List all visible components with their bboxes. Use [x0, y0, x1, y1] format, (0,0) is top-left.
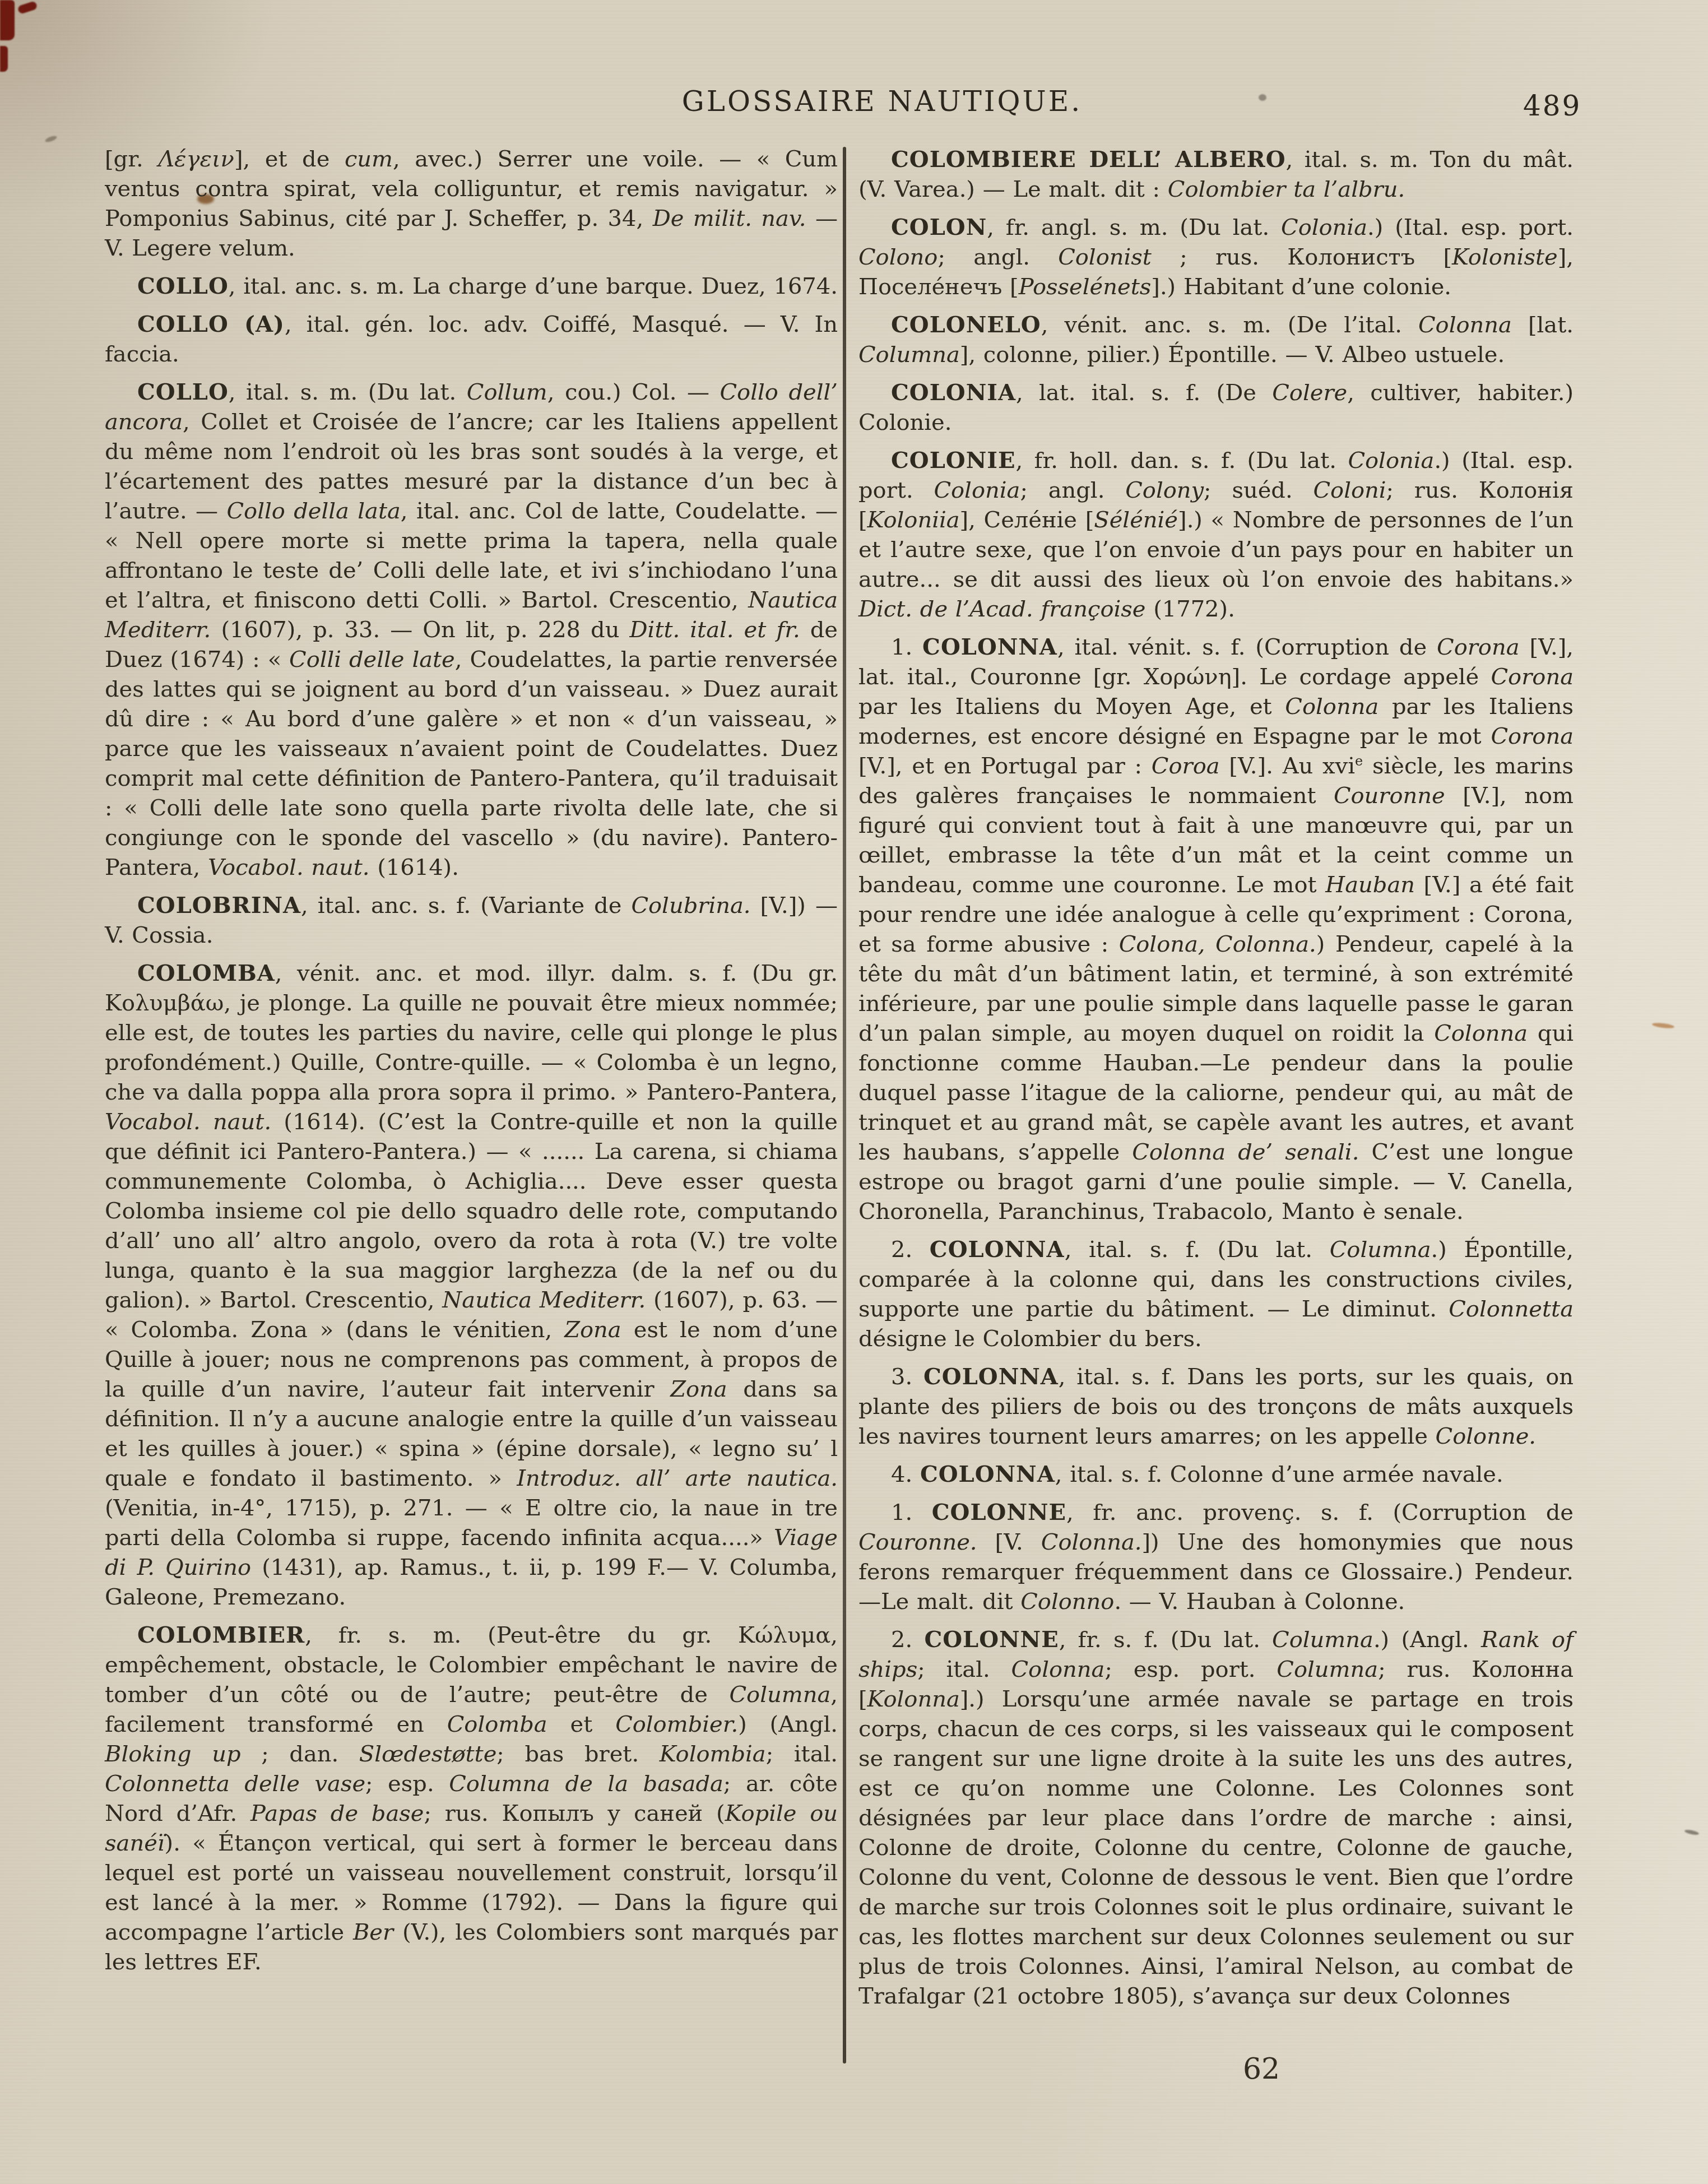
text-run: Colonne. [1436, 1423, 1536, 1449]
paper-speck [1684, 1829, 1700, 1835]
text-run: , vénit. anc. s. m. (De l’ital. [1041, 312, 1418, 338]
text-run: Kolombia [660, 1741, 766, 1767]
text-run: Colony [1125, 477, 1204, 503]
text-run: (1614). (C’est la Contre-quille et non l… [105, 1109, 838, 1313]
entry-headword: COLLO [137, 379, 229, 405]
book-edge-mark [0, 46, 8, 72]
left-text-column: [gr. Λέγειν], et de cum, avec.) Serrer u… [105, 145, 838, 1977]
text-run: ].) Lorsqu’une armée navale se partage e… [858, 1686, 1574, 2009]
text-run: , lat. ital. s. f. (De [1016, 380, 1272, 406]
text-run: Colonno [1020, 1589, 1114, 1615]
entry-colobrina: COLOBRINA, ital. anc. s. f. (Variante de… [105, 891, 838, 950]
entry-headword: COLLO (A) [137, 311, 285, 337]
entry-headword: COLOBRINA [137, 892, 301, 919]
text-run: , fr. holl. dan. s. f. (Du lat. [1015, 448, 1348, 474]
text-run: 1. [891, 1500, 932, 1525]
text-run: .) (Ital. esp. port. [1367, 215, 1574, 240]
text-run: , Coudelattes, la partie renversée des l… [105, 647, 838, 880]
column-divider-rule [843, 147, 846, 2064]
page-number: 489 [1523, 90, 1581, 122]
entry-headword: COLONIA [891, 379, 1016, 406]
entry-headword: COLLO [137, 273, 229, 299]
text-run: (Venitia, in-4°, 1715), p. 271. — « E ol… [105, 1495, 838, 1551]
text-run: , ital. anc. s. f. (Variante de [301, 893, 631, 919]
text-run: 1. [891, 634, 922, 660]
text-run: 2. [891, 1627, 924, 1653]
entry-colon: COLON, fr. angl. s. m. (Du lat. Colonia.… [858, 212, 1574, 302]
text-run: Colona, Colonna. [1119, 931, 1316, 957]
text-run: Colli delle late [289, 647, 455, 673]
book-page-scan: GLOSSAIRE NAUTIQUE. 489 [gr. Λέγειν], et… [0, 0, 1708, 2184]
text-run: Slœdestøtte [359, 1741, 497, 1767]
text-run: Colombier ta l’albru. [1168, 177, 1405, 202]
text-run: (1614). [370, 855, 459, 880]
text-run: ], Селе́ніе [ [960, 507, 1094, 533]
paper-stain [1652, 1022, 1675, 1030]
text-run: Hauban [1325, 872, 1415, 898]
entry-headword: COLOMBIER [137, 1622, 305, 1648]
entry-headword: COLOMBIERE DELL’ ALBERO [891, 146, 1286, 173]
entry-colonna-2: 2. COLONNA, ital. s. f. (Du lat. Columna… [858, 1235, 1574, 1354]
text-run: [V.]. Au xvi [1220, 753, 1355, 779]
entry-collo-a: COLLO (A), ital. gén. loc. adv. Coiffé, … [105, 309, 838, 369]
text-run: ; rus. Копылъ у саней ( [424, 1801, 725, 1826]
text-run: 4. [891, 1462, 920, 1487]
text-run: ; dan. [241, 1741, 359, 1767]
text-run: 2. [891, 1237, 930, 1263]
entry-headword: COLON [891, 214, 987, 240]
entry-colombier: COLOMBIER, fr. s. m. (Peut-être du gr. Κ… [105, 1620, 838, 1977]
text-run: ; esp. [365, 1771, 449, 1797]
entry-colonie: COLONIE, fr. holl. dan. s. f. (Du lat. C… [858, 446, 1574, 624]
entry-colonna-1: 1. COLONNA, ital. vénit. s. f. (Corrupti… [858, 632, 1574, 1227]
book-edge-mark [17, 1, 38, 15]
text-run: Colonnetta [1449, 1296, 1574, 1322]
text-run: Zona [564, 1317, 621, 1343]
entry-headword: COLONNA [920, 1461, 1055, 1487]
entry-headword: COLONNA [922, 634, 1057, 660]
entry-headword: COLONNA [930, 1236, 1065, 1263]
text-run: cum [345, 146, 393, 172]
text-run: Columna [1272, 1627, 1373, 1653]
signature-mark: 62 [1243, 2052, 1280, 2086]
text-run: 3. [891, 1364, 923, 1390]
text-run: Colonna [1418, 312, 1512, 338]
entry-colonna-3: 3. COLONNA, ital. s. f. Dans les ports, … [858, 1362, 1574, 1452]
text-run: , ital. s. f. (Du lat. [1065, 1237, 1330, 1263]
text-run: Dict. de l’Acad. françoise [858, 596, 1145, 622]
entry-continuation: [gr. Λέγειν], et de cum, avec.) Serrer u… [105, 145, 838, 263]
entry-headword: COLONNE [932, 1499, 1066, 1525]
text-run: Zona [670, 1376, 727, 1402]
book-edge-mark [0, 0, 15, 40]
text-run: Colonna [1434, 1021, 1528, 1046]
text-run: Colombier. [615, 1712, 738, 1737]
text-run: ; bas bret. [496, 1741, 659, 1767]
text-run: , fr. angl. s. m. (Du lat. [987, 215, 1281, 240]
text-run: Vocabol. naut. [208, 855, 370, 880]
text-run: ; ital. [766, 1741, 838, 1767]
text-run: ; rus. Колонистъ [ [1152, 244, 1452, 270]
text-run: Colonnetta delle vase [105, 1771, 365, 1797]
text-run: , ital. anc. s. m. La charge d’une barqu… [229, 273, 838, 299]
text-run: , fr. anc. provenç. s. f. (Corruption de [1066, 1500, 1574, 1525]
text-run: (1772). [1145, 596, 1234, 622]
text-run: Colonia [1348, 448, 1434, 474]
text-run: Introduz. all’ arte nautica. [517, 1466, 838, 1491]
text-run: Colonia [934, 477, 1020, 503]
text-run: Nautica Mediterr. [442, 1287, 646, 1313]
text-run: et [547, 1712, 615, 1737]
entry-colomba: COLOMBA, vénit. anc. et mod. illyr. dalm… [105, 958, 838, 1612]
text-run: ; esp. port. [1104, 1657, 1277, 1682]
entry-headword: COLOMBA [137, 960, 275, 986]
entry-colonelo: COLONELO, vénit. anc. s. m. (De l’ital. … [858, 310, 1574, 370]
text-run: e [1355, 753, 1363, 769]
text-run: Sélénié [1094, 507, 1178, 533]
text-run: [lat. [1512, 312, 1574, 338]
running-head-title: GLOSSAIRE NAUTIQUE. [682, 85, 1082, 118]
text-run: Colonna. [1041, 1529, 1142, 1555]
text-run: , cou.) Col. — [547, 379, 720, 405]
entry-colonne-1: 1. COLONNE, fr. anc. provenç. s. f. (Cor… [858, 1497, 1574, 1617]
text-run: Vocabol. naut. [105, 1109, 271, 1135]
text-run: Columna [1277, 1657, 1378, 1682]
text-run: . — V. Hauban à Colonne. [1114, 1589, 1405, 1615]
text-run: ; ital. [917, 1657, 1011, 1682]
entry-colonne-2: 2. COLONNE, fr. s. f. (Du lat. Columna.)… [858, 1625, 1574, 2011]
text-run: ; angl. [1020, 477, 1125, 503]
text-run: Colomba [447, 1712, 547, 1737]
entry-collo-2: COLLO, ital. s. m. (Du lat. Collum, cou.… [105, 377, 838, 883]
text-run: Columna [1330, 1237, 1431, 1263]
text-run: Corona [1491, 724, 1574, 749]
text-run: désigne le Colombier du bers. [858, 1326, 1202, 1352]
text-run: ; angl. [937, 244, 1058, 270]
text-run: [gr. [105, 146, 158, 172]
text-run: Columna de la basada [449, 1771, 723, 1797]
entry-headword: COLONNE [924, 1626, 1059, 1653]
text-run: Collo della lata [226, 498, 400, 524]
text-run: Colonia [1281, 215, 1367, 240]
text-run: (1607), p. 33. — On lit, p. 228 du [211, 617, 629, 643]
entry-headword: COLONNA [923, 1364, 1059, 1390]
text-run: ; suéd. [1204, 477, 1313, 503]
text-run: Colono [858, 244, 937, 270]
text-run: Bloking up [105, 1741, 241, 1767]
entry-colombiere-dell-albero: COLOMBIERE DELL’ ALBERO, ital. s. m. Ton… [858, 145, 1574, 205]
entry-colonia: COLONIA, lat. ital. s. f. (De Colere, cu… [858, 378, 1574, 438]
text-run: Colubrina. [631, 893, 750, 919]
text-run: [V. [977, 1529, 1041, 1555]
text-run: , ital. s. f. Colonne d’une armée navale… [1055, 1462, 1503, 1487]
entry-colonna-4: 4. COLONNA, ital. s. f. Colonne d’une ar… [858, 1459, 1574, 1490]
text-run: Colonna [1011, 1657, 1104, 1682]
text-run: Ber [353, 1919, 393, 1945]
text-run: ], colonne, pilier.) Épontille. — V. Alb… [960, 342, 1505, 368]
text-run: Λέγειν [158, 146, 234, 172]
text-run: Coloni [1313, 477, 1386, 503]
text-run: Collum [467, 379, 547, 405]
text-run: Columna [858, 342, 960, 368]
text-run: Papas de base [250, 1801, 424, 1826]
text-run: Ditt. ital. et fr. [630, 617, 800, 643]
text-run: [V.], et en Portugal par : [858, 753, 1152, 779]
text-run: Coroa [1152, 753, 1220, 779]
text-run: Colonist [1058, 244, 1152, 270]
text-run: , ital. vénit. s. f. (Corruption de [1057, 634, 1437, 660]
text-run: Couronne. [858, 1529, 977, 1555]
text-run: Colonna de’ senali. [1132, 1139, 1359, 1165]
entry-headword: COLONELO [891, 312, 1041, 338]
text-run: , fr. s. f. (Du lat. [1059, 1627, 1272, 1653]
right-text-column: COLOMBIERE DELL’ ALBERO, ital. s. m. Ton… [858, 145, 1574, 2011]
text-run: ) (Angl. [738, 1712, 838, 1737]
text-run: Posselénets [1019, 274, 1152, 300]
text-run: par les Italiens du Moyen Age, et [858, 694, 1285, 720]
text-run: Couronne [1334, 783, 1445, 809]
text-run: De milit. nav. [653, 206, 806, 231]
entry-collo-1: COLLO, ital. anc. s. m. La charge d’une … [105, 271, 838, 302]
text-run: , ital. s. m. (Du lat. [229, 379, 467, 405]
text-run: ], et de [234, 146, 345, 172]
text-run: Koloniste [1452, 244, 1558, 270]
text-run: Koloniia [867, 507, 960, 533]
paper-speck [44, 135, 57, 143]
text-run: Columna [730, 1682, 831, 1708]
text-run: .) (Angl. [1373, 1627, 1481, 1653]
paper-speck [1259, 94, 1266, 101]
text-run: Kolonna [867, 1686, 960, 1712]
text-run: Colere [1272, 380, 1347, 406]
text-run: ].) Habitant d’une colonie. [1151, 274, 1451, 300]
text-run: Corona [1437, 634, 1520, 660]
text-run: Colonna [1285, 694, 1379, 720]
text-run: Corona [1491, 664, 1574, 690]
entry-headword: COLONIE [891, 447, 1015, 474]
